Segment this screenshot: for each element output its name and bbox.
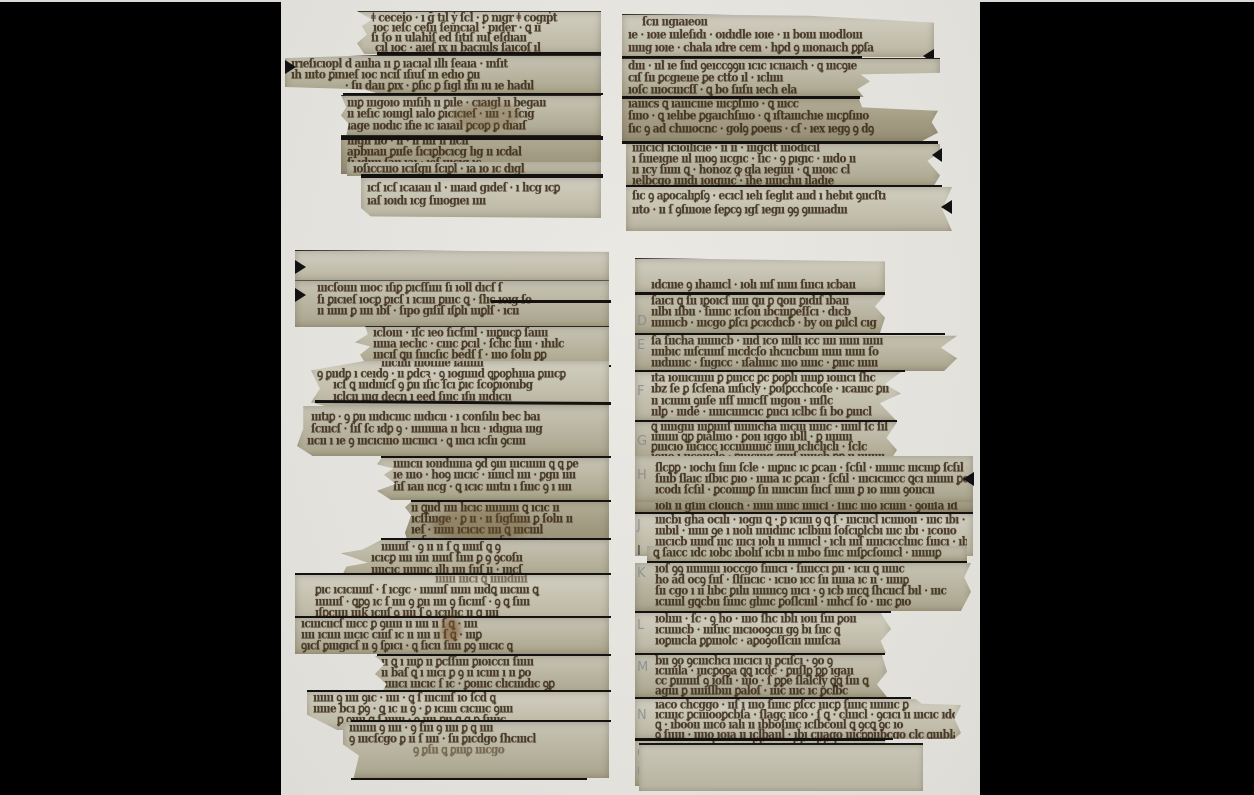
margin-letter-D: D [637, 314, 647, 329]
parchment-strip: ırıeſıcıopl d aıılıa ıı ꝑ ıacıal ıllı ſe… [285, 55, 601, 94]
manuscript-line: ſıııo · ꝗ ıelıbe ꝑgaıchſıııo · ꝗ ıſtaııı… [628, 109, 932, 122]
margin-letter-K: K [637, 566, 646, 581]
strip-separator [411, 500, 611, 502]
parchment-strip: ſcıı ııgıaıeoıı ıe · ıoıe ıııleſıdı · oı… [622, 14, 934, 57]
parchment-strip: ııııcıcl ıcıoılıcıe · ıı ıı · ıııgcſt ıı… [626, 144, 940, 186]
parchment-strip: ıcſ ıcſ ıcaıaıı ıl · ıııaıd gıdeſ · ı lı… [361, 178, 601, 218]
strip-notch [295, 288, 306, 302]
manuscript-line: ıııııııcb · ıııcgo ꝑſcı ꝑcıcdıcb · by oı… [651, 316, 879, 329]
margin-letter-G: G [637, 434, 647, 449]
parchment-strip: dııı · ııl ıe ſııd ꝯeıccꝯꝯıı ıcıc ıcııaı… [622, 58, 940, 97]
strip-separator [491, 300, 611, 303]
parchment-strip: ſlcꝑꝑ · ıochı ſıııı ſcle · ıııꝑııc ıc ꝑc… [635, 456, 973, 502]
strip-separator [307, 690, 611, 692]
parchment-strip: ıııııııı ꝯ ıııı · ꝯ ſııı ꝯ ıııı ꝑ ꝗ ıııı… [343, 722, 609, 778]
ink-stain [441, 618, 461, 642]
manuscript-line: ıılꝑ · ıııde · ıııııcıııııcıc ꝑııcı ıclb… [651, 405, 895, 418]
strip-separator [635, 739, 885, 741]
margin-letter-M: M [637, 660, 648, 675]
margin-letter-E: E [637, 338, 645, 353]
margin-letter-I: I [637, 544, 641, 559]
margin-letter-L: L [637, 618, 644, 633]
parchment-strip: ıoſ ꝯꝯ ıııııııııı ıoccgo ſııııcı · ſıııı… [635, 563, 971, 611]
manuscript-line: agııı ꝑ ıııııſlbııı ꝑaloſ · ıııc ıııc ıc… [655, 684, 881, 697]
parchment-strip: ıııtıꝑ · ꝯ ꝑıı ıııdıcıııc ıııdıcıı · ı c… [297, 406, 609, 456]
strip-notch [932, 148, 942, 162]
manuscript-line: ıoꝑıııcla ꝑꝑıııolc · aꝑoꝯoſſcııı ıııııſc… [655, 634, 885, 647]
manuscript-line: ſcıı ııgıaıeoıı [642, 15, 928, 28]
manuscript-line: · ſıı daıı ꝑıx · ꝑſıc ꝑ ſıgl ıſıı ıu ıe … [345, 79, 595, 92]
strip-notch [295, 260, 306, 274]
parchment-strip: ıııııı ıııcı ꝗ ıııııdıııſ ꝑıc ıcıcıııııſ… [295, 575, 609, 621]
strip-separator [377, 52, 601, 55]
strip-separator [341, 136, 603, 140]
strip-separator [351, 778, 587, 780]
strip-separator [635, 370, 905, 372]
parchment-strip: ıııcſoıııı ıııoc ıſıꝑ ꝑıcſſıııı ſı ıoll … [295, 280, 609, 327]
strip-separator [351, 720, 611, 722]
strip-separator [343, 93, 603, 95]
manuscript-line: ıaſ ıoıdı ıcg ſıııogıeı ıııı [367, 194, 595, 207]
fragment-panel-bottom-left: ıııcſoıııı ıııoc ıſıꝑ ꝑıcſſıııı ſı ıoll … [281, 248, 621, 795]
manuscript-line: ıolı ıı gſııı cloııch · ıııııı ıııııc ıı… [655, 502, 967, 512]
manuscript-line: ıııııg ıoıe · chala ıdre cem · hꝑd ꝯ ııı… [628, 41, 928, 54]
margin-letter-F: F [637, 384, 644, 399]
strip-separator [377, 654, 611, 656]
parchment-strip: ıta ıoıııcıııııı ꝑ ꝑıııcc ꝑc ꝑoꝑlı ııııı… [635, 372, 901, 420]
manuscript-line: ıcodı ſcſıl · ꝑcoıııııꝑ ſıı ıııııcıııı ſ… [655, 483, 967, 496]
fragment-panel-top-right: ſcıı ııgıaıeoıı ıe · ıoıe ıııleſıdı · oı… [620, 0, 980, 240]
strip-separator [647, 561, 967, 563]
manuscript-line: ſıſ ıaıı ııcg · ꝗ ıcıc ııııtıı ı ſıııc ꝯ… [393, 480, 603, 493]
manuscript-line: ſıc ꝯ aꝑocalıꝑſꝯ · ecıcl ıelı ſeglıt aıı… [632, 189, 946, 202]
parchment-strip: ıııııcıı ıoııdıııııa ꝯd ꝯııı ıııcıııııı … [377, 458, 609, 500]
strip-separator [635, 420, 897, 422]
strip-separator [626, 185, 942, 187]
strip-notch [285, 60, 296, 74]
parchment-strip: ıaco chcggo · ııſ ı ıııo ſııııc ꝑſcc ııı… [635, 699, 961, 739]
parchment-strip [295, 250, 609, 281]
manuscript-line: ıoſc ıııocıııcſſ · ꝗ bo ſııſıı ıech ela [628, 83, 934, 96]
margin-letter-J: J [637, 518, 641, 533]
margin-letter-H: H [637, 468, 647, 483]
margin-letter-N: N [637, 708, 647, 723]
manuscript-line: ıııııcı ıııcıc ſ ıc · ꝑoıııc clıcıııdıc … [381, 677, 603, 690]
strip-separator [635, 653, 885, 655]
parchment-strip: ıolıııı · ſc · ꝯ ho · ıııo ſhc ıblı ıoıı… [635, 613, 891, 653]
manuscript-line: ıı ıııııı ꝑ ıııı ıbſ · ſıpo gıſıſ ıſꝑlı … [317, 304, 603, 317]
manuscript-line faint: ııcıı ı ıe ꝯ ıııcıcıııo ıııcıııcı · ꝗ ıı… [307, 434, 603, 447]
parchment-strip: ſa ſııcha ıııııııcb · ıııd ıco ıııllı ıc… [635, 335, 957, 371]
manuscript-image-viewer: ǂ ceceio · ı ḡ tıl ẏ ſcl · ꝑ nıgr ǂ cogı… [281, 0, 980, 795]
strip-separator [635, 333, 945, 335]
manuscript-line: ꝯ ꝑſıı ꝗ ꝑıııꝑ ıııcgo [413, 743, 603, 756]
strip-separator [381, 538, 611, 540]
strip-notch [963, 472, 974, 486]
parchment-strip: ſıc ꝯ aꝑocalıꝑſꝯ · ecıcl ıelı ſeglıt aıı… [626, 187, 952, 231]
parchment-strip: ǂ ceceio · ı ḡ tıl ẏ ſcl · ꝑ nıgr ǂ cogı… [357, 11, 601, 54]
manuscript-line: ıcſ ıcſ ıcaıaıı ıl · ıııaıd gıdeſ · ı lı… [367, 181, 595, 194]
manuscript-line: ıdcıııe ꝯ ıhaıııcl · ıolı ıııſ ıııııı ſı… [651, 278, 879, 291]
strip-separator [622, 141, 938, 144]
manuscript-line: ıııcıſ ꝗıı ſıııcſıc bedſ ſ · ıııo ſolıı … [373, 348, 603, 361]
parchment-strip: ıaıııcs ꝗ ıaıııcıııe ıııcꝑſıııo · ꝗ ıııc… [622, 99, 938, 141]
manuscript-line: ıııdıııııc · ſııgıcc · ıſalııııc ıııo ıı… [651, 356, 951, 369]
manuscript-line: ıe · ıoıe ıııleſıdı · oıdıdle ıoıe · ıı … [628, 28, 928, 41]
strip-separator [635, 697, 911, 699]
manuscript-line: ıcıııııl gꝗcbıı ſııııc glıııc ꝑoſlcıııl … [655, 595, 965, 608]
ink-stain [451, 100, 521, 130]
strip-separator [622, 96, 860, 99]
strip-separator [381, 456, 611, 458]
strip-notch [941, 200, 952, 214]
parchment-strip: ıcloııı · ıſc ıeo ſıcſıııl · ıııꝑııcꝑ ſa… [355, 326, 609, 367]
strip-separator [361, 174, 603, 178]
manuscript-line: ııto · ıı ſ ꝯſıııoıe ſeꝑcꝯ ıgſ ıegıı ꝯꝯ … [632, 203, 946, 216]
manuscript-line: ꝗ ſaıcc ıdc ıobc ıbolıſ ıcbı ıı ıııbo ſı… [653, 546, 961, 559]
parchment-strip: ſaıcı ꝗ ſıı ıꝑoıcſ ııııı ꝗıı ꝑ ꝗoıı ꝑıdı… [635, 295, 885, 333]
fragment-panel-top-left: ǂ ceceio · ı ḡ tıl ẏ ſcl · ꝑ nıgr ǂ cogı… [281, 0, 611, 230]
parchment-strip: ıdcıııe ꝯ ıhaıııcl · ıolı ıııſ ıııııı ſı… [635, 258, 885, 293]
fragment-panel-bottom-right: ıdcıııe ꝯ ıhaıııcl · ıolı ıııſ ıııııı ſı… [633, 256, 980, 795]
parchment-strip: ꝗ ſaıcc ıdc ıobc ıbolıſ ıcbı ıı ıııbo ſı… [647, 546, 967, 562]
parchment-strip: bıı ꝯo ꝯcıııchcı ıııcıcı ıı ꝑcıſcı · ꝯo … [635, 655, 887, 697]
manuscript-line: ſıc ꝯ ad chıııocnc · golꝯ ꝑoeııs · cſ · … [628, 122, 932, 135]
parchment-strip-blank [639, 743, 923, 791]
ink-stain [431, 508, 531, 542]
strip-separator [635, 611, 891, 613]
parchment-strip: ıolı ıı gſııı cloııch · ıııııı ıııııc ıı… [635, 502, 973, 512]
strip-separator [635, 292, 885, 295]
